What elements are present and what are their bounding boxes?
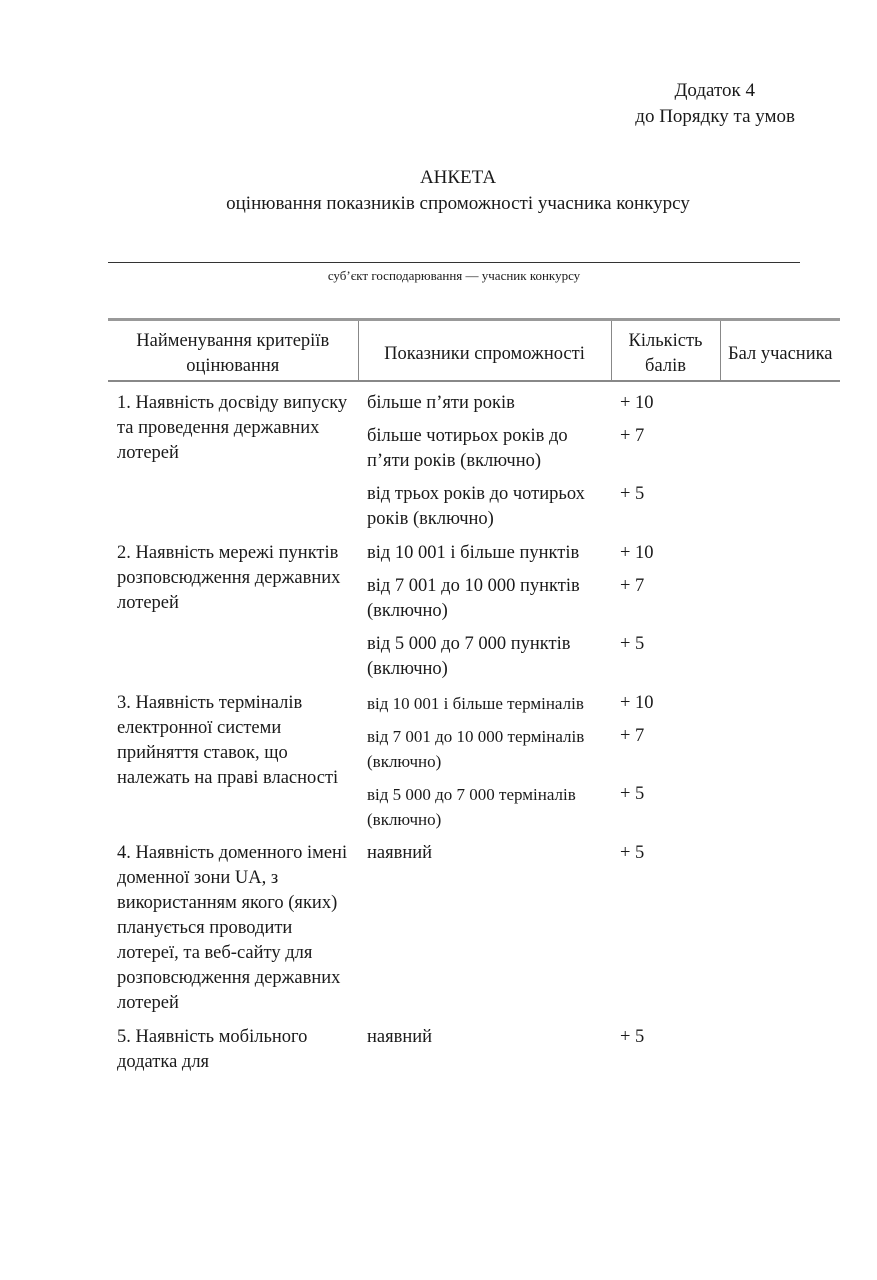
points-cell: + 5: [611, 832, 720, 1016]
indicator-text: від 7 001 до 10 000 пунктів (включно): [367, 574, 609, 624]
indicators-cell: від 10 001 і більше терміналіввід 7 001 …: [358, 682, 611, 832]
annex-number: Додаток 4: [635, 78, 795, 104]
indicator-text: від 7 001 до 10 000 терміналів (включно): [367, 724, 609, 774]
indicator-points: + 5: [620, 1025, 716, 1050]
indicator-text: від 10 001 і більше пунктів: [367, 541, 609, 566]
indicator-points: + 10: [620, 541, 716, 566]
indicators-cell: більше п’яти роківбільше чотирьох років …: [358, 381, 611, 532]
indicator-text: від 10 001 і більше терміналів: [367, 691, 609, 716]
indicator-text: від 5 000 до 7 000 пунктів (включно): [367, 632, 609, 682]
header-criteria: Найменування критеріїв оцінювання: [108, 320, 358, 382]
participant-score-cell[interactable]: [720, 682, 840, 832]
indicators-cell: від 10 001 і більше пунктіввід 7 001 до …: [358, 532, 611, 682]
header-participant-score: Бал учасника: [720, 320, 840, 382]
annex-reference: Додаток 4 до Порядку та умов: [635, 78, 795, 130]
document-title: АНКЕТА оцінювання показників спроможност…: [0, 165, 877, 217]
participant-score-cell[interactable]: [720, 532, 840, 682]
participant-score-cell[interactable]: [720, 381, 840, 532]
indicator-text: наявний: [367, 841, 609, 866]
criterion-cell: 2. Наявність мережі пунктів розповсюджен…: [108, 532, 358, 682]
indicator-text: від 5 000 до 7 000 терміналів (включно): [367, 782, 609, 832]
indicator-points: + 5: [620, 782, 716, 832]
participant-score-cell[interactable]: [720, 832, 840, 1016]
header-points: Кількість балів: [611, 320, 720, 382]
indicator-points: + 7: [620, 424, 716, 474]
points-cell: + 10+ 7+ 5: [611, 532, 720, 682]
indicator-points: + 10: [620, 691, 716, 716]
criterion-cell: 5. Наявність мобільного додатка для: [108, 1016, 358, 1075]
table-row: 4. Наявність доменного імені доменної зо…: [108, 832, 840, 1016]
subject-caption: суб’єкт господарювання — учасник конкурс…: [108, 268, 800, 284]
indicators-cell: наявний: [358, 1016, 611, 1075]
title-subtitle: оцінювання показників спроможності учасн…: [0, 191, 877, 217]
points-cell: + 10+ 7+ 5: [611, 682, 720, 832]
criterion-cell: 4. Наявність доменного імені доменної зо…: [108, 832, 358, 1016]
indicator-text: більше чотирьох років до п’яти років (вк…: [367, 424, 609, 474]
indicator-points: + 7: [620, 724, 716, 774]
table-row: 3. Наявність терміналів електронної сист…: [108, 682, 840, 832]
table-row: 2. Наявність мережі пунктів розповсюджен…: [108, 532, 840, 682]
annex-source: до Порядку та умов: [635, 104, 795, 130]
indicator-text: наявний: [367, 1025, 609, 1050]
header-indicators: Показники спроможності: [358, 320, 611, 382]
participant-score-cell[interactable]: [720, 1016, 840, 1075]
table-row: 1. Наявність досвіду випуску та проведен…: [108, 381, 840, 532]
indicator-points: + 7: [620, 574, 716, 624]
indicator-text: більше п’яти років: [367, 391, 609, 416]
criterion-cell: 3. Наявність терміналів електронної сист…: [108, 682, 358, 832]
title-main: АНКЕТА: [0, 165, 877, 191]
points-cell: + 5: [611, 1016, 720, 1075]
indicator-points: + 10: [620, 391, 716, 416]
subject-field[interactable]: [108, 262, 800, 263]
indicators-cell: наявний: [358, 832, 611, 1016]
indicator-text: від трьох років до чотирьох років (включ…: [367, 482, 609, 532]
table-header-row: Найменування критеріїв оцінювання Показн…: [108, 320, 840, 382]
table-body: 1. Наявність досвіду випуску та проведен…: [108, 381, 840, 1075]
criterion-cell: 1. Наявність досвіду випуску та проведен…: [108, 381, 358, 532]
indicator-points: + 5: [620, 482, 716, 532]
evaluation-table: Найменування критеріїв оцінювання Показн…: [108, 318, 840, 1075]
indicator-points: + 5: [620, 841, 716, 866]
points-cell: + 10+ 7+ 5: [611, 381, 720, 532]
indicator-points: + 5: [620, 632, 716, 682]
table-row: 5. Наявність мобільного додатка длянаявн…: [108, 1016, 840, 1075]
